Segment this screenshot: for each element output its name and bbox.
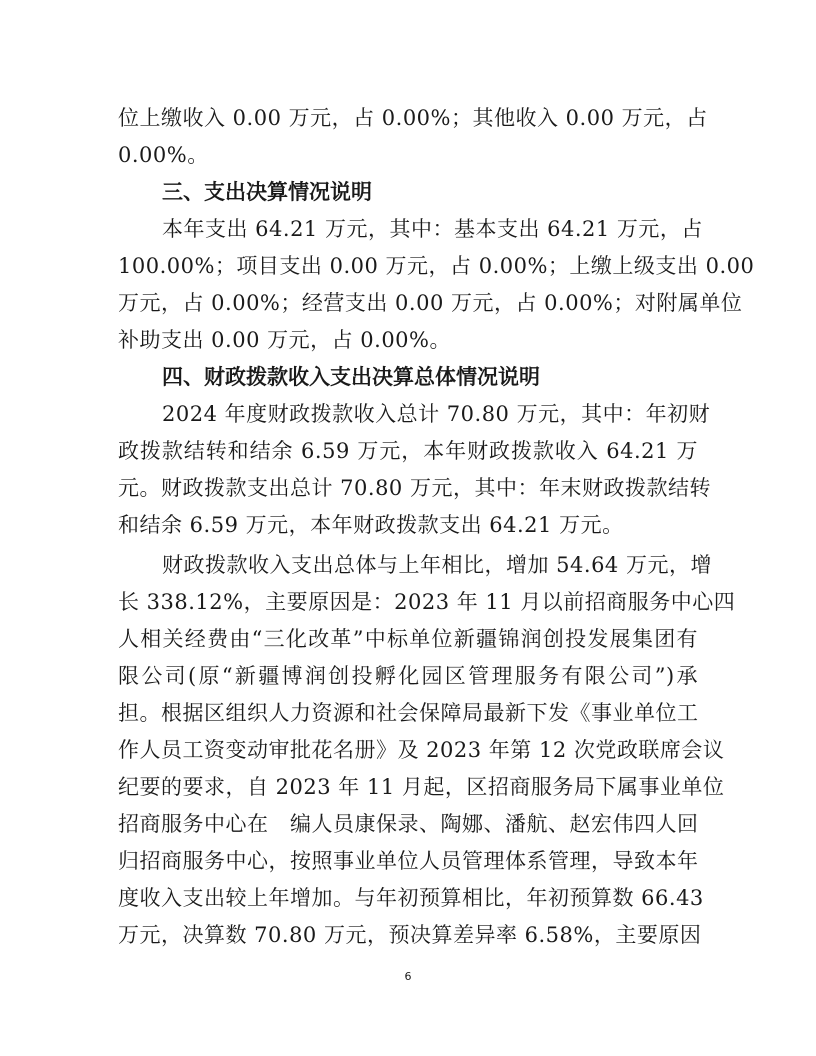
text-line: 财政拨款收入支出总体与上年相比，增加 54.64 万元，增 — [162, 550, 698, 580]
text-line: 2024 年度财政拨款收入总计 70.80 万元，其中：年初财 — [162, 399, 698, 429]
text-line: 100.00%；项目支出 0.00 万元，占 0.00%；上缴上级支出 0.00 — [118, 251, 698, 281]
text-line: 作人员工资变动审批花名册》及 2023 年第 12 次党政联席会议 — [118, 735, 698, 765]
text-line: 位上缴收入 0.00 万元，占 0.00%；其他收入 0.00 万元，占 — [118, 103, 698, 133]
text-line: 万元，占 0.00%；经营支出 0.00 万元，占 0.00%；对附属单位 — [118, 288, 698, 318]
text-line: 本年支出 64.21 万元，其中：基本支出 64.21 万元，占 — [162, 214, 698, 244]
text-line: 归招商服务中心，按照事业单位人员管理体系管理，导致本年 — [118, 846, 698, 876]
text-line: 纪要的要求，自 2023 年 11 月起，区招商服务局下属事业单位 — [118, 772, 698, 802]
text-line: 担。根据区组织人力资源和社会保障局最新下发《事业单位工 — [118, 698, 698, 728]
text-line: 补助支出 0.00 万元，占 0.00%。 — [118, 325, 698, 355]
text-line: 长 338.12%，主要原因是：2023 年 11 月以前招商服务中心四 — [118, 587, 698, 617]
text-line: 和结余 6.59 万元，本年财政拨款支出 64.21 万元。 — [118, 510, 698, 540]
text-line: 招商服务中心在 编人员康保录、陶娜、潘航、赵宏伟四人回 — [118, 809, 698, 839]
page-number: 6 — [0, 970, 816, 983]
text-line: 度收入支出较上年增加。与年初预算相比，年初预算数 66.43 — [118, 883, 698, 913]
text-line: 限公司(原“新疆博润创投孵化园区管理服务有限公司”)承 — [118, 661, 698, 691]
section-heading-fiscal-allocation: 四、财政拨款收入支出决算总体情况说明 — [162, 362, 540, 392]
section-heading-expenditure: 三、支出决算情况说明 — [162, 177, 372, 207]
text-line: 元。财政拨款支出总计 70.80 万元，其中：年末财政拨款结转 — [118, 473, 698, 503]
text-line: 0.00%。 — [118, 140, 698, 170]
text-line: 万元，决算数 70.80 万元，预决算差异率 6.58%，主要原因 — [118, 920, 698, 950]
text-line: 人相关经费由“三化改革”中标单位新疆锦润创投发展集团有 — [118, 624, 698, 654]
text-line: 政拨款结转和结余 6.59 万元，本年财政拨款收入 64.21 万 — [118, 436, 698, 466]
